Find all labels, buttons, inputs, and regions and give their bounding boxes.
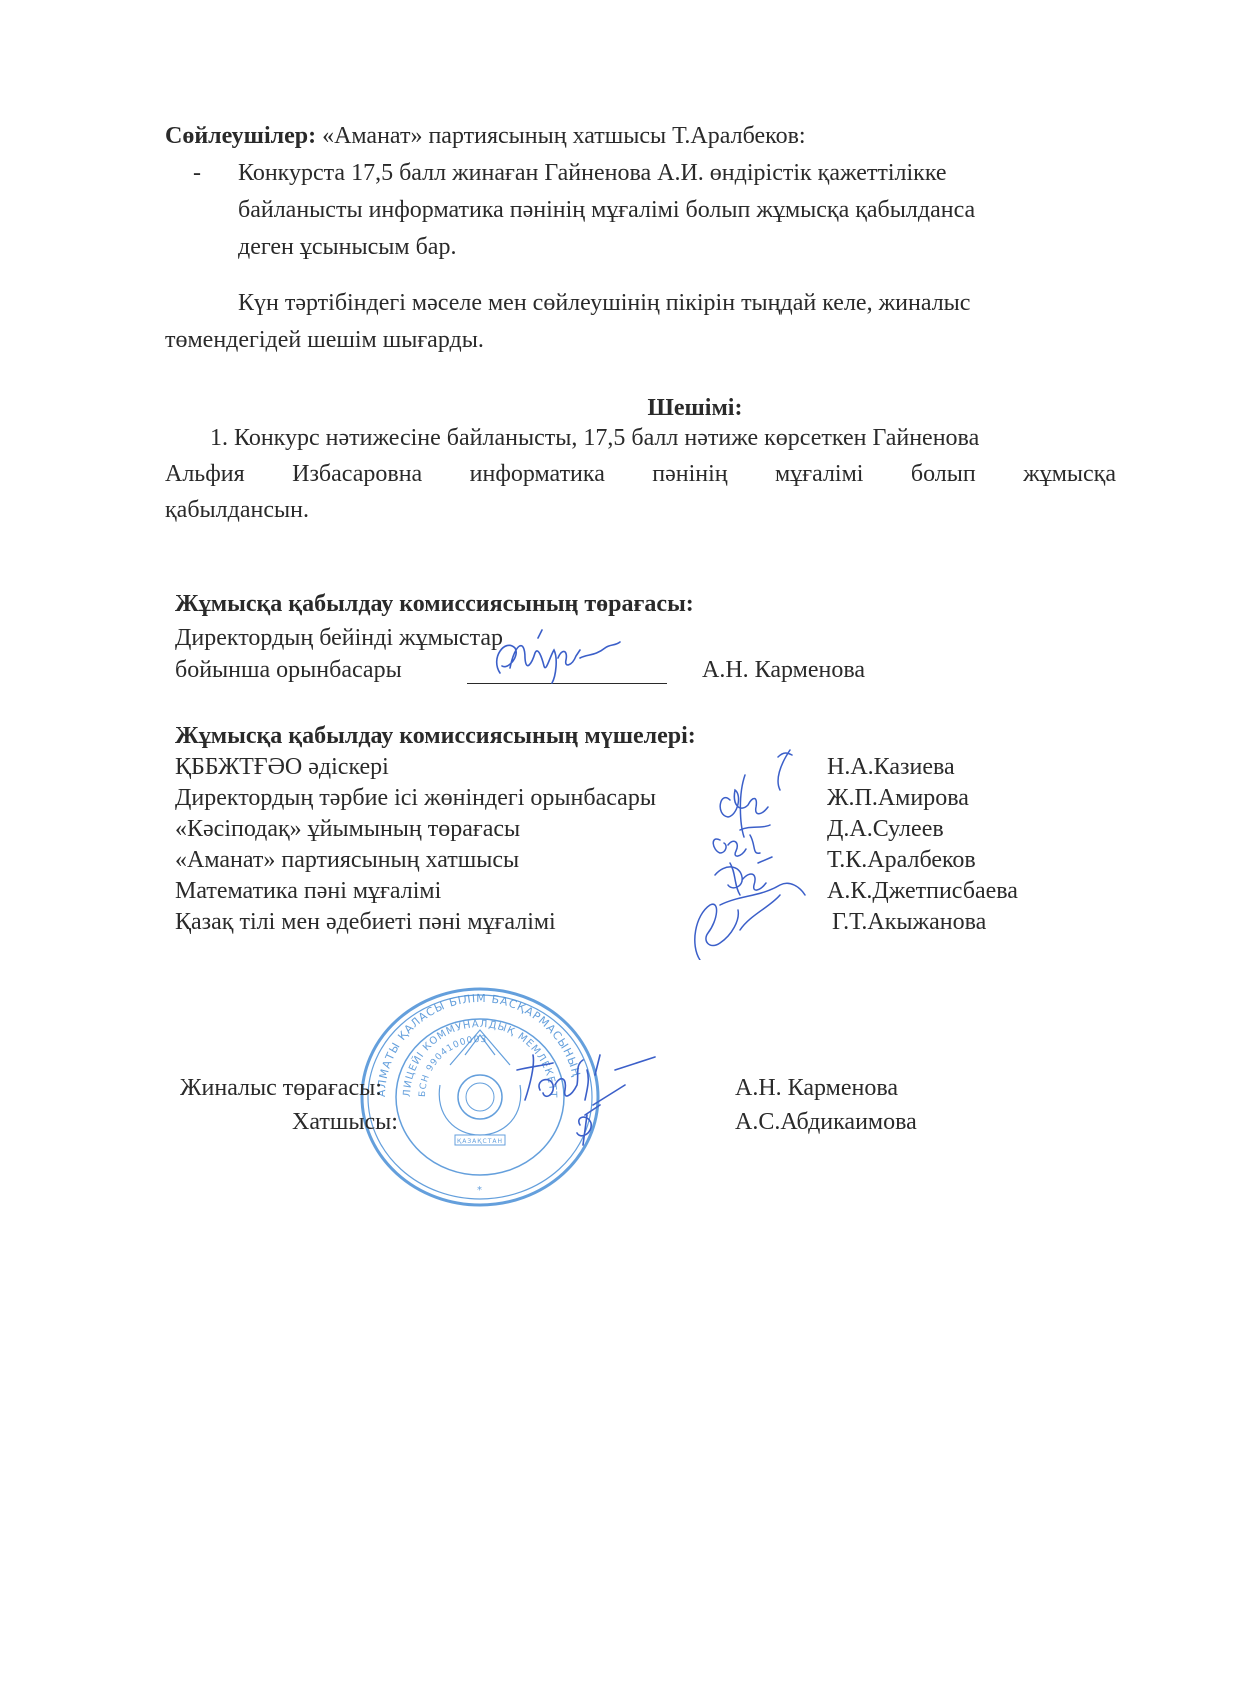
member-name: А.К.Джетписбаева bbox=[827, 876, 1018, 907]
member-row: Математика пәні мұғалімі А.К.Джетписбаев… bbox=[175, 876, 1055, 907]
member-role: Директордың тәрбие ісі жөніндегі орынбас… bbox=[175, 783, 656, 814]
bullet-dash: - bbox=[193, 155, 201, 191]
member-row: «Кәсіподақ» ұйымының төрағасы Д.А.Сулеев bbox=[175, 814, 1055, 845]
final-signatures bbox=[505, 1045, 675, 1155]
member-role: Математика пәні мұғалімі bbox=[175, 876, 441, 907]
svg-text:ЛИЦЕЙІ КОММУНАЛДЫҚ МЕМЛЕКЕТТІК: ЛИЦЕЙІ КОММУНАЛДЫҚ МЕМЛЕКЕТТІК bbox=[355, 985, 558, 1099]
meeting-chair-label: Жиналыс төрағасы: bbox=[180, 1070, 382, 1106]
summary-line-2: төмендегідей шешім шығарды. bbox=[165, 322, 484, 358]
member-name: Ж.П.Амирова bbox=[827, 783, 969, 814]
member-role: «Аманат» партиясының хатшысы bbox=[175, 845, 519, 876]
svg-text:БСН 9904100003: БСН 9904100003 bbox=[418, 1035, 488, 1097]
svg-text:АЛМАТЫ ҚАЛАСЫ БІЛІМ БАСҚАРМАСЫ: АЛМАТЫ ҚАЛАСЫ БІЛІМ БАСҚАРМАСЫНЫҢ bbox=[375, 992, 583, 1097]
decision-line-3: қабылдансын. bbox=[165, 492, 309, 528]
proposal-line-1: Конкурста 17,5 балл жинаған Гайненова А.… bbox=[238, 155, 1116, 191]
member-row: Директордың тәрбие ісі жөніндегі орынбас… bbox=[175, 783, 1055, 814]
member-name: Н.А.Казиева bbox=[827, 752, 955, 783]
secretary-label: Хатшысы: bbox=[292, 1104, 398, 1140]
chair-role-line-2: бойынша орынбасары bbox=[175, 652, 402, 688]
member-role: Қазақ тілі мен әдебиеті пәні мұғалімі bbox=[175, 907, 556, 938]
member-name: Г.Т.Акыжанова bbox=[832, 907, 986, 938]
member-row: Қазақ тілі мен әдебиеті пәні мұғалімі Г.… bbox=[175, 907, 1055, 938]
stamp-emblem-label: ҚАЗАҚСТАН bbox=[457, 1138, 503, 1145]
member-role: «Кәсіподақ» ұйымының төрағасы bbox=[175, 814, 520, 845]
stamp-inner-text: ЛИЦЕЙІ КОММУНАЛДЫҚ МЕМЛЕКЕТТІК bbox=[355, 985, 558, 1099]
member-name: Д.А.Сулеев bbox=[827, 814, 944, 845]
stamp-outer-text: АЛМАТЫ ҚАЛАСЫ БІЛІМ БАСҚАРМАСЫНЫҢ bbox=[375, 992, 583, 1097]
member-row: «Аманат» партиясының хатшысы Т.К.Аралбек… bbox=[175, 845, 1055, 876]
secretary-name: А.С.Абдикаимова bbox=[735, 1104, 917, 1140]
member-row: ҚББЖТҒӘО әдіскері Н.А.Казиева bbox=[175, 752, 1055, 783]
stamp-bin-text: БСН 9904100003 bbox=[418, 1035, 488, 1097]
meeting-chair-name: А.Н. Карменова bbox=[735, 1070, 898, 1106]
speaker-name: «Аманат» партиясының хатшысы Т.Аралбеков… bbox=[322, 123, 806, 149]
member-role: ҚББЖТҒӘО әдіскері bbox=[175, 752, 389, 783]
svg-text:*: * bbox=[477, 1185, 483, 1196]
chair-heading: Жұмысқа қабылдау комиссиясының төрағасы: bbox=[175, 586, 694, 622]
proposal-line-2: байланысты информатика пәнінің мұғалімі … bbox=[238, 192, 1116, 228]
member-name: Т.К.Аралбеков bbox=[827, 845, 976, 876]
chair-signature-line bbox=[467, 683, 667, 684]
speakers-label: Сөйлеушілер: bbox=[165, 123, 316, 149]
decision-line-1: 1. Конкурс нәтижесіне байланысты, 17,5 б… bbox=[210, 420, 1116, 456]
decision-line-2: Альфия Избасаровна информатика пәнінің м… bbox=[165, 456, 1116, 492]
document-page: Сөйлеушілер: «Аманат» партиясының хатшыс… bbox=[0, 0, 1240, 1705]
members-heading: Жұмысқа қабылдау комиссиясының мүшелері: bbox=[175, 718, 696, 754]
chair-role-line-1: Директордың бейінді жұмыстар bbox=[175, 620, 503, 656]
summary-line-1: Күн тәртібіндегі мәселе мен сөйлеушінің … bbox=[238, 285, 1116, 321]
proposal-line-3: деген ұсынысым бар. bbox=[238, 229, 456, 265]
speakers-line: Сөйлеушілер: «Аманат» партиясының хатшыс… bbox=[165, 118, 806, 154]
official-stamp: АЛМАТЫ ҚАЛАСЫ БІЛІМ БАСҚАРМАСЫНЫҢ ЛИЦЕЙІ… bbox=[355, 985, 605, 1210]
chair-name: А.Н. Карменова bbox=[702, 652, 865, 688]
